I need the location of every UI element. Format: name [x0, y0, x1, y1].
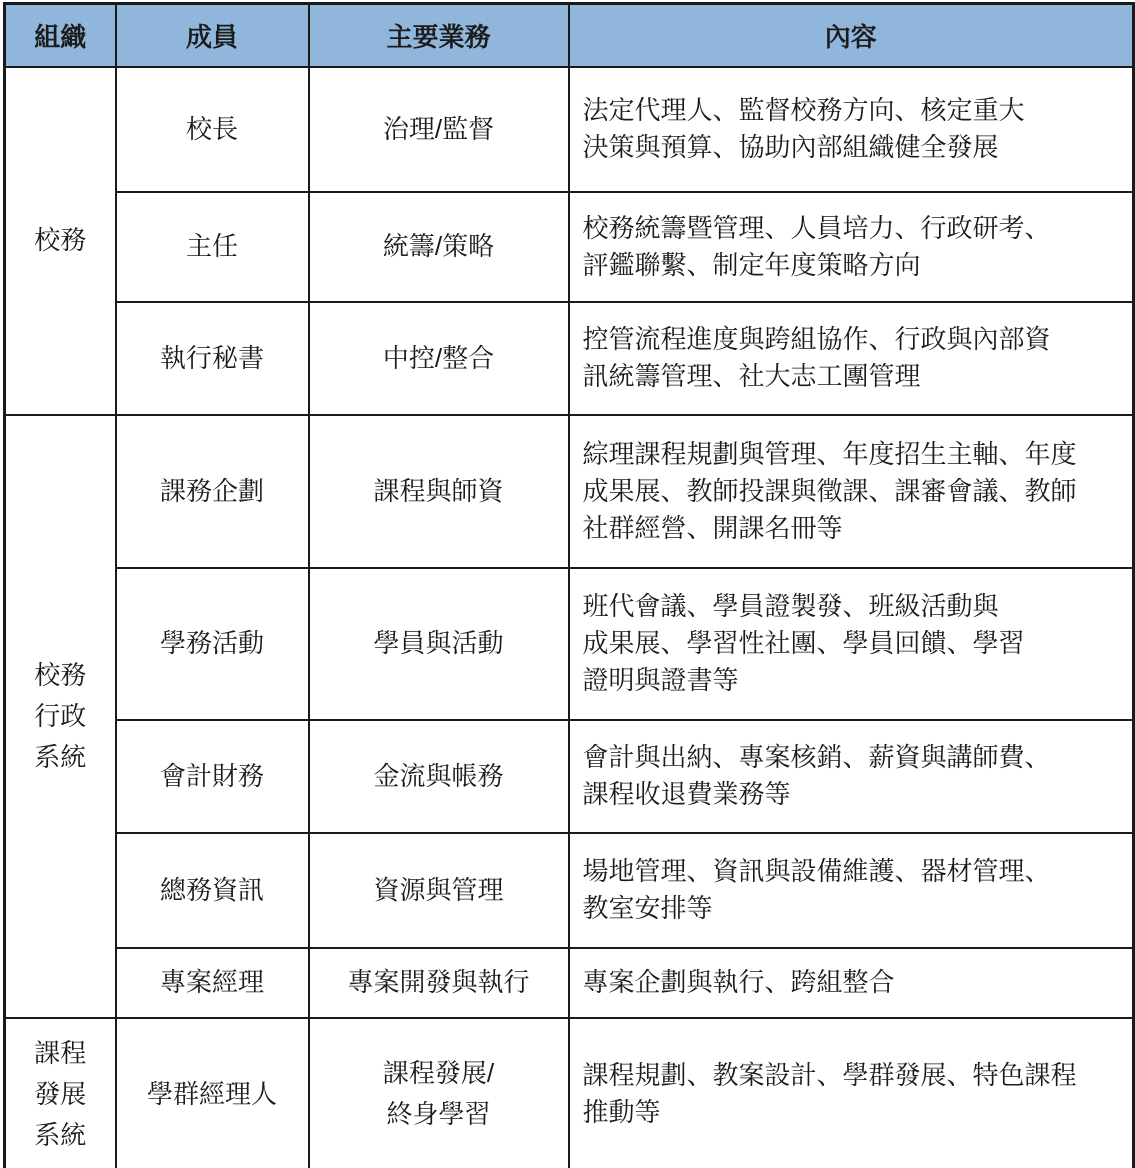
member-cell: 執行秘書 [116, 302, 309, 415]
member-cell: 會計財務 [116, 720, 309, 833]
org-cell-admin-system: 校務 行政 系統 [5, 415, 116, 1018]
table-row: 專案經理 專案開發與執行 專案企劃與執行、跨組整合 [5, 948, 1134, 1018]
content-cell: 綜理課程規劃與管理、年度招生主軸、年度 成果展、教師投課與徵課、課審會議、教師 … [569, 415, 1134, 568]
business-cell: 專案開發與執行 [309, 948, 569, 1018]
table-row: 總務資訊 資源與管理 場地管理、資訊與設備維護、器材管理、 教室安排等 [5, 833, 1134, 948]
table-row: 校務 行政 系統 課務企劃 課程與師資 綜理課程規劃與管理、年度招生主軸、年度 … [5, 415, 1134, 568]
content-cell: 法定代理人、監督校務方向、核定重大 決策與預算、協助內部組織健全發展 [569, 67, 1134, 192]
member-cell: 專案經理 [116, 948, 309, 1018]
header-org: 組織 [5, 4, 116, 67]
business-cell: 資源與管理 [309, 833, 569, 948]
organization-table: 組織 成員 主要業務 內容 校務 校長 治理/監督 法定代理人、監督校務方向、核… [3, 2, 1135, 1168]
member-cell: 學群經理人 [116, 1018, 309, 1168]
business-cell: 學員與活動 [309, 568, 569, 720]
table-row: 課程 發展 系統 學群經理人 課程發展/ 終身學習 課程規劃、教案設計、學群發展… [5, 1018, 1134, 1168]
table-row: 會計財務 金流與帳務 會計與出納、專案核銷、薪資與講師費、 課程收退費業務等 [5, 720, 1134, 833]
content-cell: 控管流程進度與跨組協作、行政與內部資 訊統籌管理、社大志工團管理 [569, 302, 1134, 415]
content-cell: 會計與出納、專案核銷、薪資與講師費、 課程收退費業務等 [569, 720, 1134, 833]
header-business: 主要業務 [309, 4, 569, 67]
org-cell-curriculum-system: 課程 發展 系統 [5, 1018, 116, 1168]
member-cell: 課務企劃 [116, 415, 309, 568]
content-cell: 課程規劃、教案設計、學群發展、特色課程 推動等 [569, 1018, 1134, 1168]
header-member: 成員 [116, 4, 309, 67]
member-cell: 主任 [116, 192, 309, 302]
table-row: 校務 校長 治理/監督 法定代理人、監督校務方向、核定重大 決策與預算、協助內部… [5, 67, 1134, 192]
business-cell: 課程與師資 [309, 415, 569, 568]
business-cell: 中控/整合 [309, 302, 569, 415]
member-cell: 學務活動 [116, 568, 309, 720]
business-cell: 統籌/策略 [309, 192, 569, 302]
business-cell: 金流與帳務 [309, 720, 569, 833]
business-cell: 課程發展/ 終身學習 [309, 1018, 569, 1168]
table-row: 學務活動 學員與活動 班代會議、學員證製發、班級活動與 成果展、學習性社團、學員… [5, 568, 1134, 720]
content-cell: 場地管理、資訊與設備維護、器材管理、 教室安排等 [569, 833, 1134, 948]
table-row: 執行秘書 中控/整合 控管流程進度與跨組協作、行政與內部資 訊統籌管理、社大志工… [5, 302, 1134, 415]
header-content: 內容 [569, 4, 1134, 67]
content-cell: 校務統籌暨管理、人員培力、行政研考、 評鑑聯繫、制定年度策略方向 [569, 192, 1134, 302]
member-cell: 校長 [116, 67, 309, 192]
org-cell-school-affairs: 校務 [5, 67, 116, 415]
table-row: 主任 統籌/策略 校務統籌暨管理、人員培力、行政研考、 評鑑聯繫、制定年度策略方… [5, 192, 1134, 302]
content-cell: 專案企劃與執行、跨組整合 [569, 948, 1134, 1018]
header-row: 組織 成員 主要業務 內容 [5, 4, 1134, 67]
business-cell: 治理/監督 [309, 67, 569, 192]
content-cell: 班代會議、學員證製發、班級活動與 成果展、學習性社團、學員回饋、學習 證明與證書… [569, 568, 1134, 720]
member-cell: 總務資訊 [116, 833, 309, 948]
